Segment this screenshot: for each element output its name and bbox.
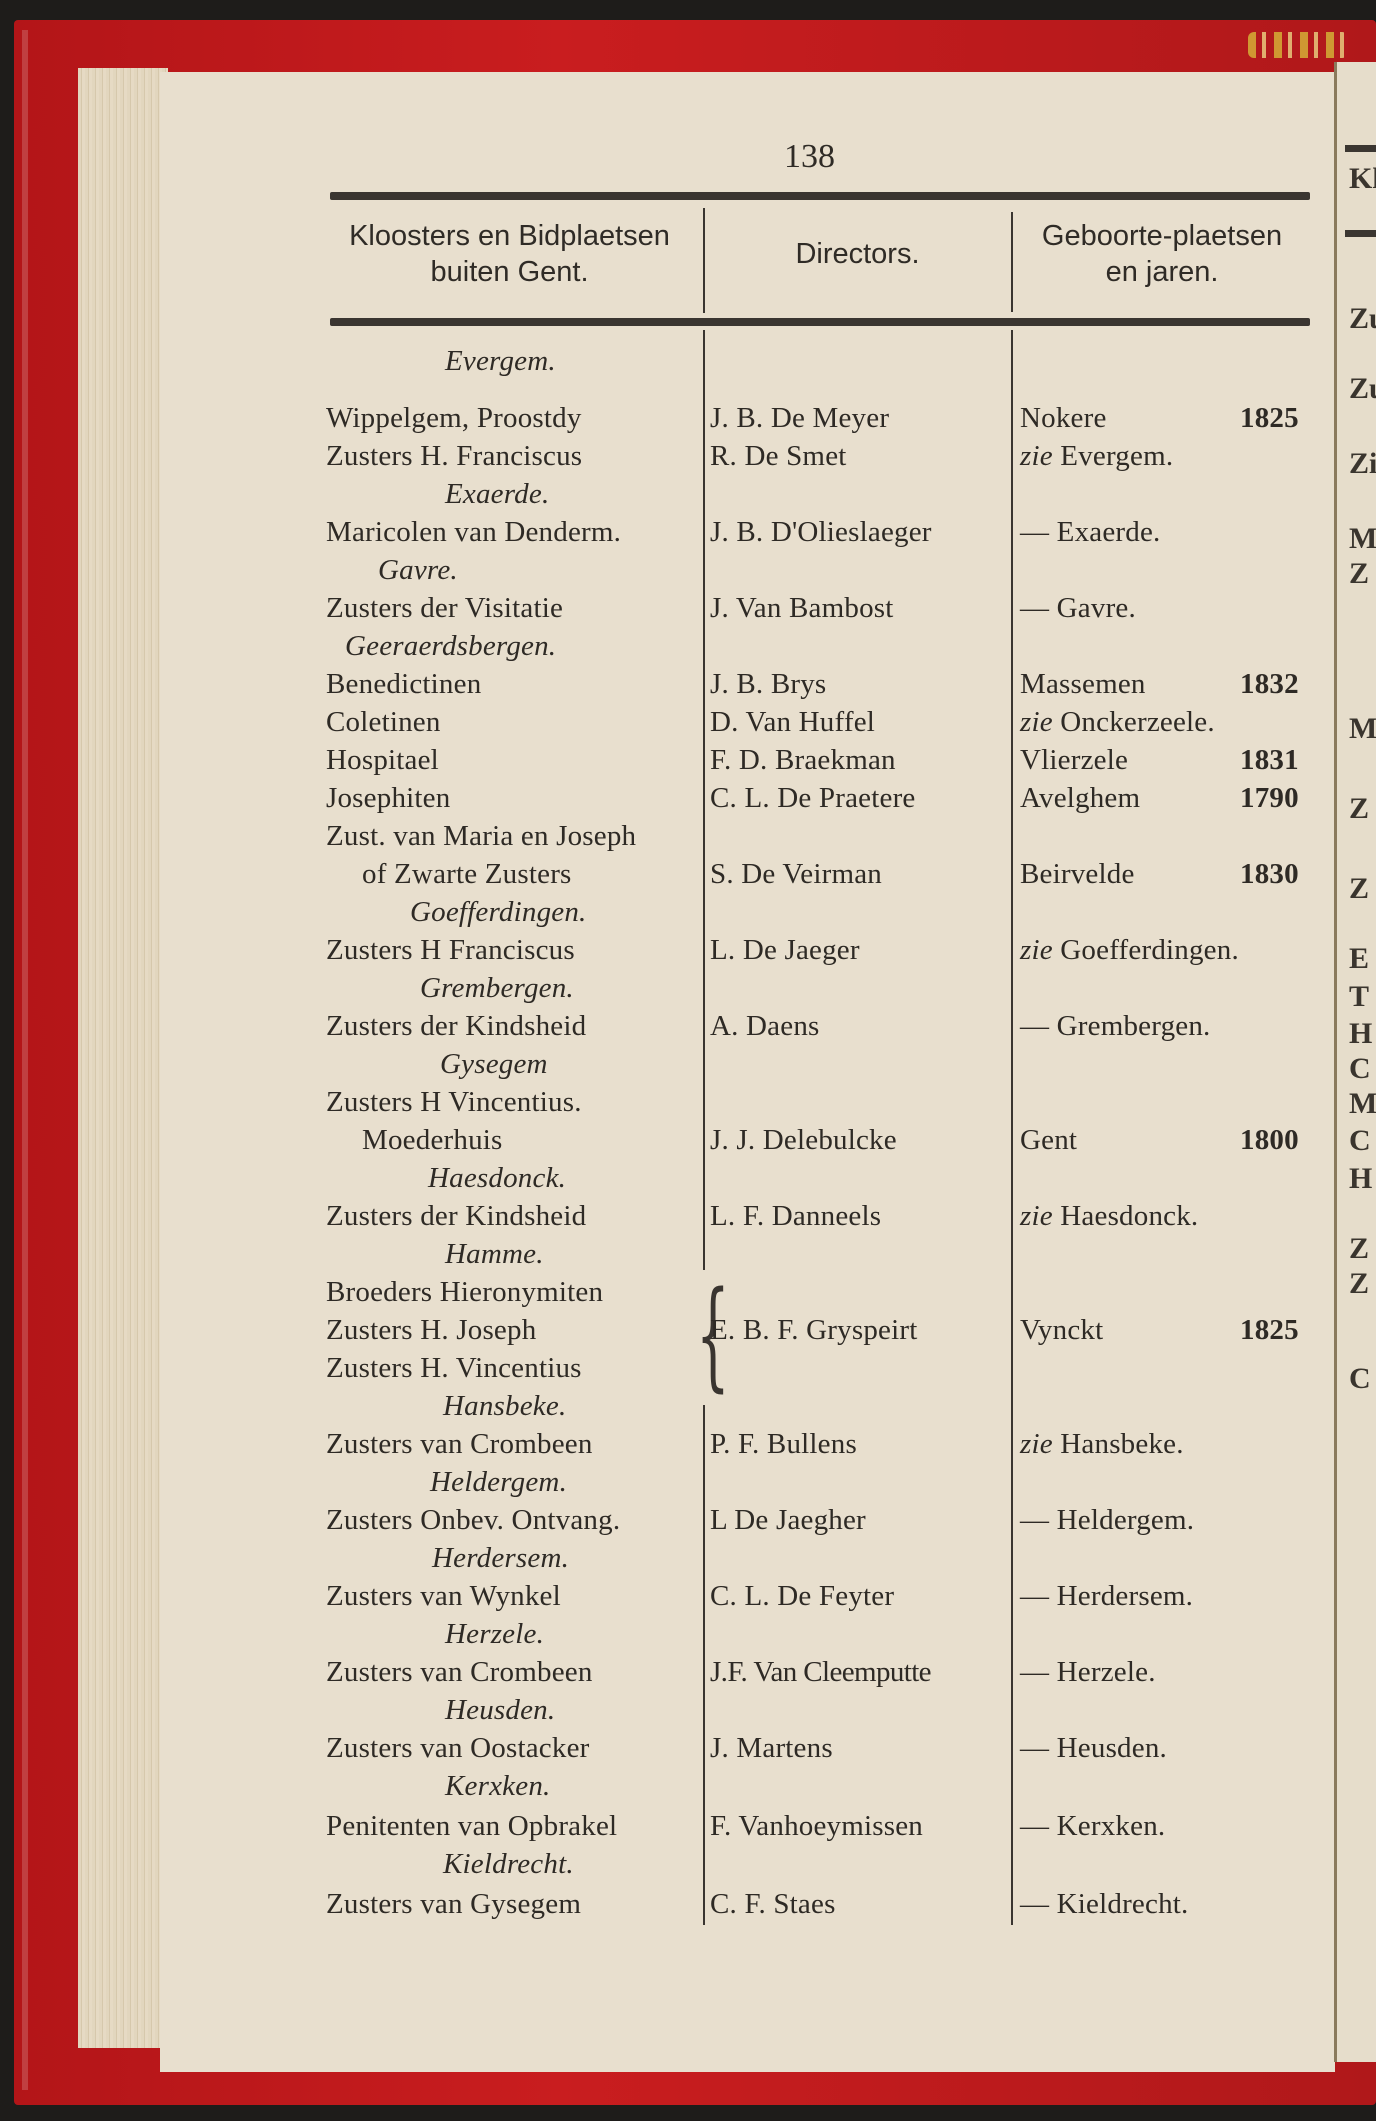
place-heading-row: Kieldrecht.	[0, 1848, 1376, 1886]
birthplace-text: Haesdonck.	[1060, 1200, 1198, 1232]
birthplace: Vlierzele	[1020, 744, 1128, 777]
spine-ornament	[1248, 32, 1348, 58]
director: J. B. Brys	[710, 668, 826, 701]
institution: Broeders Hieronymiten	[326, 1276, 603, 1309]
director: C. L. De Praetere	[710, 782, 916, 815]
place-heading-row: Herzele.	[0, 1618, 1376, 1656]
director: P. F. Bullens	[710, 1428, 857, 1461]
birth-year: 1832	[1240, 668, 1299, 701]
institution: Zusters van Crombeen	[326, 1428, 593, 1461]
birthplace: — Kerxken.	[1020, 1810, 1165, 1843]
table-row: Zusters H. Joseph E. B. F. Gryspeirt Vyn…	[0, 1314, 1376, 1352]
zie-reference: zie	[1020, 440, 1053, 472]
place-heading-row: Gavre.	[0, 554, 1376, 592]
header-divider	[1011, 212, 1013, 312]
birthplace: Avelghem	[1020, 782, 1140, 815]
birthplace-text: Goefferdingen.	[1060, 934, 1239, 966]
institution: Zusters H. Joseph	[326, 1314, 536, 1347]
place-heading: Herdersem.	[432, 1542, 569, 1575]
zie-reference: zie	[1020, 706, 1053, 738]
column-header-directors: Directors.	[705, 236, 1010, 272]
place-heading-row: Haesdonck.	[0, 1162, 1376, 1200]
table-row: Zust. van Maria en Joseph	[0, 820, 1376, 858]
birthplace: Nokere	[1020, 402, 1107, 435]
director: J. B. De Meyer	[710, 402, 889, 435]
table-row: Zusters der Kindsheid A. Daens — Grember…	[0, 1010, 1376, 1048]
header-line: en jaren.	[1012, 254, 1312, 290]
institution: Zusters der Visitatie	[326, 592, 563, 625]
place-heading: Herzele.	[445, 1618, 544, 1651]
place-heading-row: Evergem.	[0, 345, 1376, 383]
place-heading: Gavre.	[378, 554, 458, 587]
place-heading: Hansbeke.	[443, 1390, 566, 1423]
birth-year: 1830	[1240, 858, 1299, 891]
birthplace-text: Onckerzeele.	[1060, 706, 1215, 738]
birthplace: — Grembergen.	[1020, 1010, 1211, 1043]
director: J.F. Van Cleemputte	[710, 1656, 931, 1689]
birthplace-text: Evergem.	[1060, 440, 1173, 472]
table-row: Zusters der Visitatie J. Van Bambost — G…	[0, 592, 1376, 630]
birthplace: — Herzele.	[1020, 1656, 1156, 1689]
place-heading: Heldergem.	[430, 1466, 567, 1499]
table-row: Zusters H Franciscus L. De Jaeger zie Go…	[0, 934, 1376, 972]
institution: of Zwarte Zusters	[362, 858, 572, 891]
director: J. B. D'Olieslaeger	[710, 516, 932, 549]
birthplace: Beirvelde	[1020, 858, 1135, 891]
director: F. Vanhoeymissen	[710, 1810, 923, 1843]
place-heading: Evergem.	[445, 345, 556, 378]
place-heading: Exaerde.	[445, 478, 549, 511]
institution: Hospitael	[326, 744, 439, 777]
institution: Moederhuis	[362, 1124, 503, 1157]
birthplace: zie Goefferdingen.	[1020, 934, 1239, 967]
institution: Zusters van Crombeen	[326, 1656, 593, 1689]
next-page-rule	[1345, 145, 1376, 152]
header-line: Geboorte-plaetsen	[1012, 218, 1312, 254]
institution: Maricolen van Denderm.	[326, 516, 621, 549]
institution: Zusters der Kindsheid	[326, 1200, 586, 1233]
table-row: Coletinen D. Van Huffel zie Onckerzeele.	[0, 706, 1376, 744]
place-heading-row: Grembergen.	[0, 972, 1376, 1010]
place-heading-row: Herdersem.	[0, 1542, 1376, 1580]
header-divider	[703, 208, 705, 313]
birthplace-text: Hansbeke.	[1060, 1428, 1183, 1460]
header-line: Kloosters en Bidplaetsen	[322, 218, 697, 254]
table-row: Broeders Hieronymiten	[0, 1276, 1376, 1314]
birth-year: 1825	[1240, 1314, 1299, 1347]
table-row: of Zwarte Zusters S. De Veirman Beirveld…	[0, 858, 1376, 896]
table-row: Zusters H Vincentius.	[0, 1086, 1376, 1124]
director: A. Daens	[710, 1010, 820, 1043]
birthplace: Gent	[1020, 1124, 1077, 1157]
director: R. De Smet	[710, 440, 847, 473]
institution: Zusters van Wynkel	[326, 1580, 561, 1613]
table-row: Wippelgem, Proostdy J. B. De Meyer Noker…	[0, 402, 1376, 440]
table-row: Moederhuis J. J. Delebulcke Gent 1800	[0, 1124, 1376, 1162]
next-page-fragment: Zu	[1349, 302, 1376, 336]
page-number: 138	[784, 138, 835, 176]
table-row: Zusters van Crombeen J.F. Van Cleemputte…	[0, 1656, 1376, 1694]
birthplace: zie Haesdonck.	[1020, 1200, 1198, 1233]
header-bottom-rule	[330, 318, 1310, 326]
next-page-fragment: Kl	[1349, 162, 1376, 196]
place-heading: Grembergen.	[420, 972, 574, 1005]
director: J. Martens	[710, 1732, 833, 1765]
birthplace: zie Onckerzeele.	[1020, 706, 1215, 739]
birthplace: zie Evergem.	[1020, 440, 1173, 473]
table-row: Zusters Onbev. Ontvang. L De Jaegher — H…	[0, 1504, 1376, 1542]
director: L De Jaegher	[710, 1504, 866, 1537]
place-heading: Kerxken.	[445, 1770, 550, 1803]
place-heading-row: Goefferdingen.	[0, 896, 1376, 934]
birthplace: — Heusden.	[1020, 1732, 1167, 1765]
header-line: buiten Gent.	[322, 254, 697, 290]
birthplace: — Exaerde.	[1020, 516, 1161, 549]
birthplace: Vynckt	[1020, 1314, 1103, 1347]
institution: Zusters Onbev. Ontvang.	[326, 1504, 620, 1537]
birthplace: — Herdersem.	[1020, 1580, 1193, 1613]
place-heading: Haesdonck.	[428, 1162, 566, 1195]
place-heading-row: Kerxken.	[0, 1770, 1376, 1808]
table-row: Benedictinen J. B. Brys Massemen 1832	[0, 668, 1376, 706]
director: J. J. Delebulcke	[710, 1124, 897, 1157]
column-header-institutions: Kloosters en Bidplaetsen buiten Gent.	[322, 218, 697, 290]
director: D. Van Huffel	[710, 706, 875, 739]
table-row: Josephiten C. L. De Praetere Avelghem 17…	[0, 782, 1376, 820]
table-row: Zusters der Kindsheid L. F. Danneels zie…	[0, 1200, 1376, 1238]
director: C. F. Staes	[710, 1888, 836, 1921]
table-row: Hospitael F. D. Braekman Vlierzele 1831	[0, 744, 1376, 782]
director: E. B. F. Gryspeirt	[710, 1314, 918, 1347]
zie-reference: zie	[1020, 934, 1053, 966]
director: C. L. De Feyter	[710, 1580, 894, 1613]
director: S. De Veirman	[710, 858, 882, 891]
institution: Penitenten van Opbrakel	[326, 1810, 617, 1843]
table-row: Maricolen van Denderm. J. B. D'Olieslaeg…	[0, 516, 1376, 554]
institution: Zusters van Oostacker	[326, 1732, 590, 1765]
director: L. De Jaeger	[710, 934, 860, 967]
place-heading: Gysegem	[440, 1048, 548, 1081]
table-row: Zusters H. Franciscus R. De Smet zie Eve…	[0, 440, 1376, 478]
birth-year: 1825	[1240, 402, 1299, 435]
table-row: Zusters H. Vincentius	[0, 1352, 1376, 1390]
zie-reference: zie	[1020, 1428, 1053, 1460]
institution: Josephiten	[326, 782, 450, 815]
birthplace: — Heldergem.	[1020, 1504, 1194, 1537]
institution: Wippelgem, Proostdy	[326, 402, 582, 435]
table-row: Penitenten van Opbrakel F. Vanhoeymissen…	[0, 1810, 1376, 1848]
header-line: Directors.	[705, 236, 1010, 272]
place-heading: Goefferdingen.	[410, 896, 587, 929]
birthplace: — Kieldrecht.	[1020, 1888, 1189, 1921]
place-heading-row: Heldergem.	[0, 1466, 1376, 1504]
birth-year: 1790	[1240, 782, 1299, 815]
place-heading: Heusden.	[445, 1694, 555, 1727]
header-top-rule	[330, 192, 1310, 200]
place-heading-row: Gysegem	[0, 1048, 1376, 1086]
director: L. F. Danneels	[710, 1200, 881, 1233]
column-header-birthplaces: Geboorte-plaetsen en jaren.	[1012, 218, 1312, 290]
birthplace: — Gavre.	[1020, 592, 1136, 625]
institution: Coletinen	[326, 706, 441, 739]
table-row: Zusters van Crombeen P. F. Bullens zie H…	[0, 1428, 1376, 1466]
institution: Zusters H. Vincentius	[326, 1352, 582, 1385]
birthplace: zie Hansbeke.	[1020, 1428, 1184, 1461]
place-heading-row: Geeraerdsbergen.	[0, 630, 1376, 668]
institution: Benedictinen	[326, 668, 481, 701]
institution: Zusters H. Franciscus	[326, 440, 582, 473]
table-row: Zusters van Gysegem C. F. Staes — Kieldr…	[0, 1888, 1376, 1926]
place-heading: Kieldrecht.	[443, 1848, 574, 1881]
place-heading: Hamme.	[445, 1238, 544, 1271]
zie-reference: zie	[1020, 1200, 1053, 1232]
institution: Zusters H Franciscus	[326, 934, 575, 967]
table-row: Zusters van Oostacker J. Martens — Heusd…	[0, 1732, 1376, 1770]
institution: Zusters der Kindsheid	[326, 1010, 586, 1043]
institution: Zusters van Gysegem	[326, 1888, 581, 1921]
director: F. D. Braekman	[710, 744, 896, 777]
table-row: Zusters van Wynkel C. L. De Feyter — Her…	[0, 1580, 1376, 1618]
birth-year: 1831	[1240, 744, 1299, 777]
place-heading: Geeraerdsbergen.	[345, 630, 556, 663]
place-heading-row: Heusden.	[0, 1694, 1376, 1732]
place-heading-row: Hansbeke.	[0, 1390, 1376, 1428]
place-heading-row: Hamme.	[0, 1238, 1376, 1276]
next-page-rule	[1345, 230, 1376, 237]
institution: Zusters H Vincentius.	[326, 1086, 582, 1119]
birthplace: Massemen	[1020, 668, 1146, 701]
birth-year: 1800	[1240, 1124, 1299, 1157]
director: J. Van Bambost	[710, 592, 894, 625]
place-heading-row: Exaerde.	[0, 478, 1376, 516]
institution: Zust. van Maria en Joseph	[326, 820, 636, 853]
